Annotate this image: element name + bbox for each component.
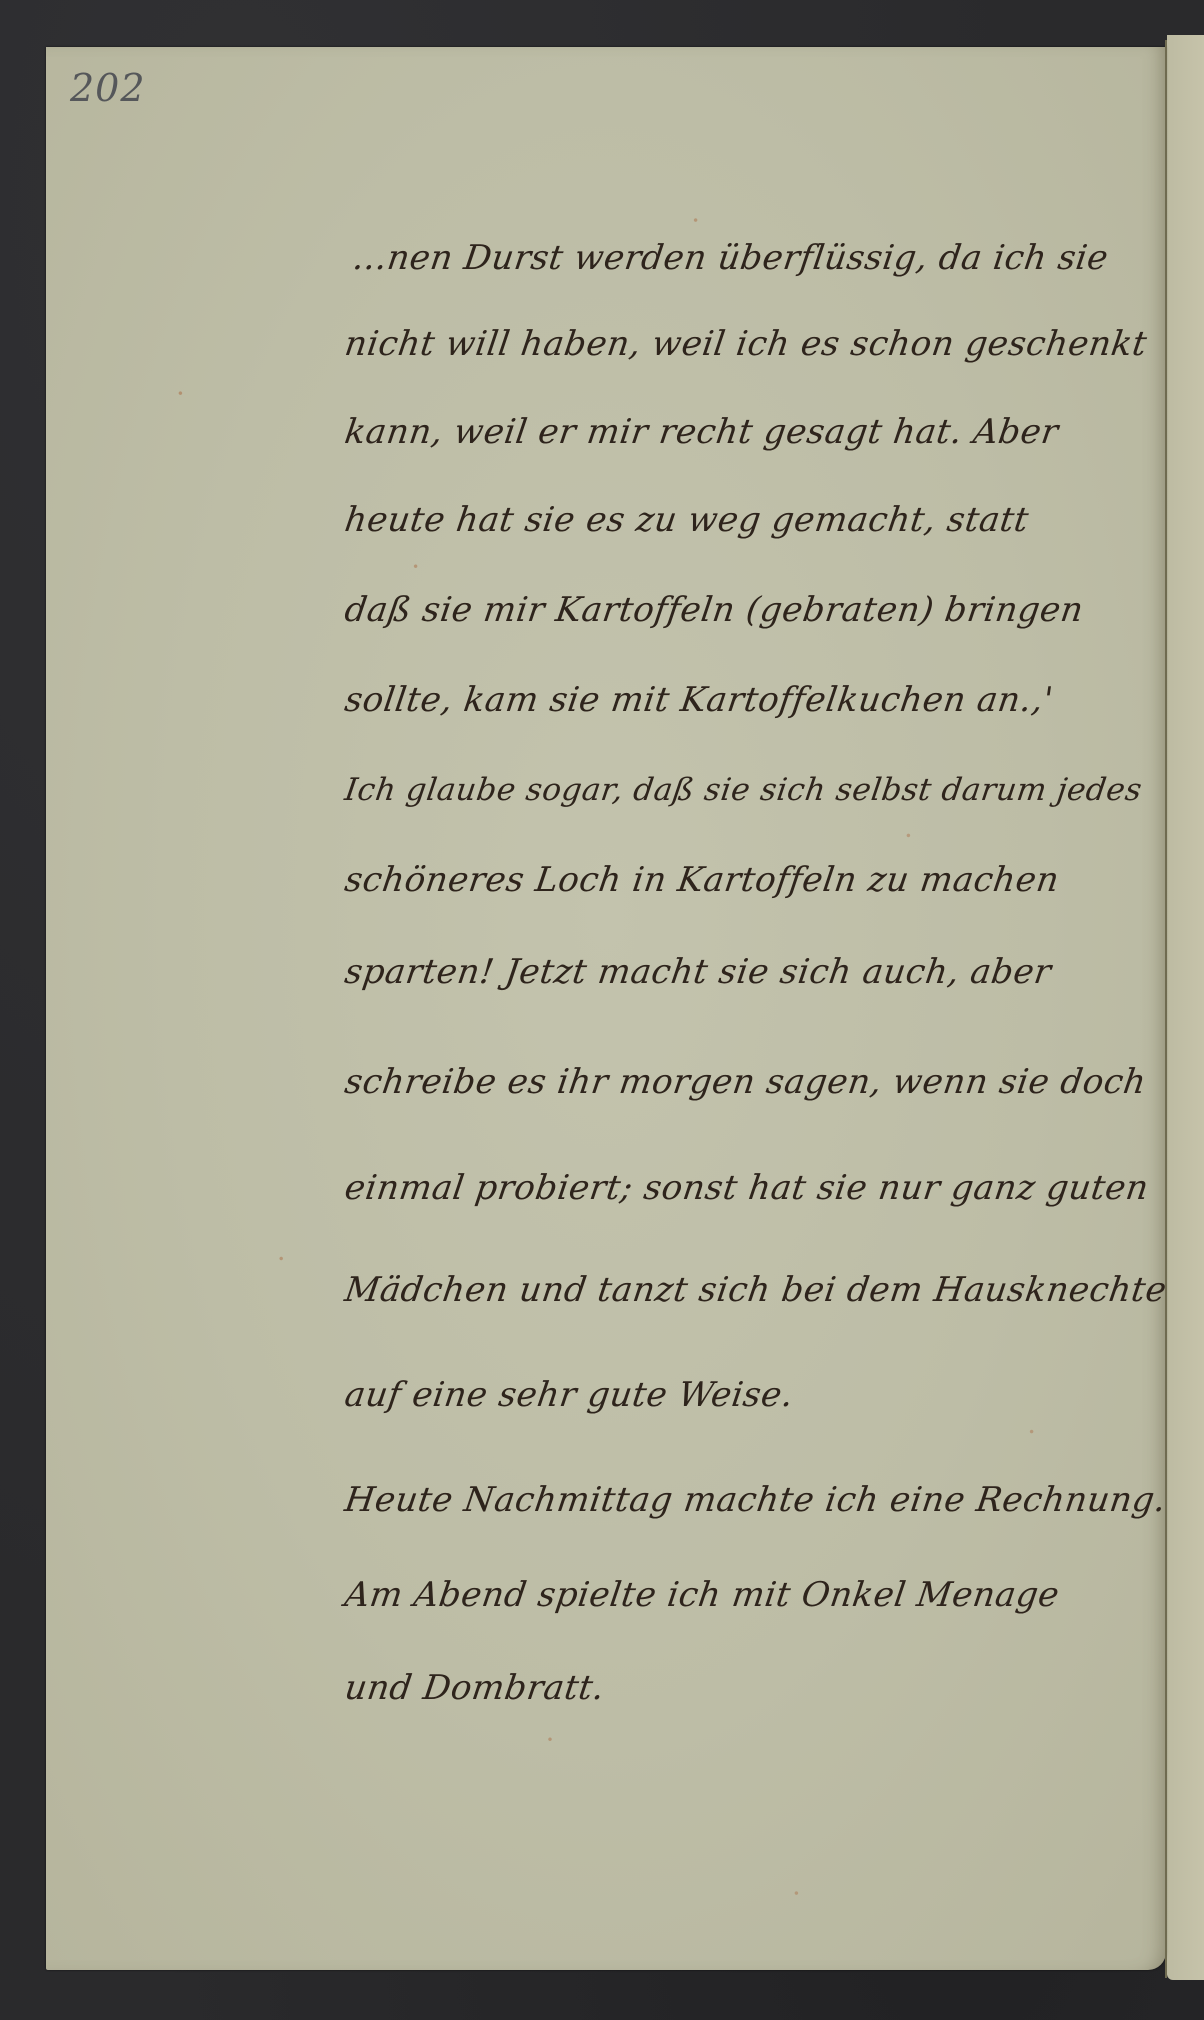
text-line: und Dombratt. (342, 1668, 607, 1708)
text-line: schöneres Loch in Kartoffeln zu machen (342, 860, 1062, 900)
text-line: Am Abend spielte ich mit Onkel Menage (342, 1575, 1062, 1615)
text-line: Mädchen und tanzt sich bei dem Hausknech… (342, 1270, 1169, 1310)
text-line: nicht will haben, weil ich es schon gesc… (342, 324, 1149, 364)
text-line: schreibe es ihr morgen sagen, wenn sie d… (342, 1062, 1149, 1102)
text-line: sparten! Jetzt macht sie sich auch, aber (342, 952, 1054, 992)
text-line: kann, weil er mir recht gesagt hat. Aber (342, 412, 1061, 452)
text-line: Heute Nachmittag machte ich eine Rechnun… (342, 1480, 1169, 1520)
text-line: sollte, kam sie mit Kartoffelkuchen an.‚… (342, 680, 1056, 720)
binding-gutter (1165, 40, 1167, 1978)
text-line: Ich glaube sogar, daß sie sich selbst da… (342, 772, 1144, 808)
text-line: …nen Durst werden überflüssig, da ich si… (350, 238, 1111, 278)
facing-page-edge (1167, 35, 1204, 1980)
text-line: einmal probiert; sonst hat sie nur ganz … (342, 1168, 1151, 1208)
text-line: auf eine sehr gute Weise. (342, 1375, 796, 1415)
text-line: daß sie mir Kartoffeln (gebraten) bringe… (342, 590, 1086, 630)
folio-number: 202 (70, 66, 146, 110)
text-line: heute hat sie es zu weg gemacht, statt (342, 500, 1031, 540)
